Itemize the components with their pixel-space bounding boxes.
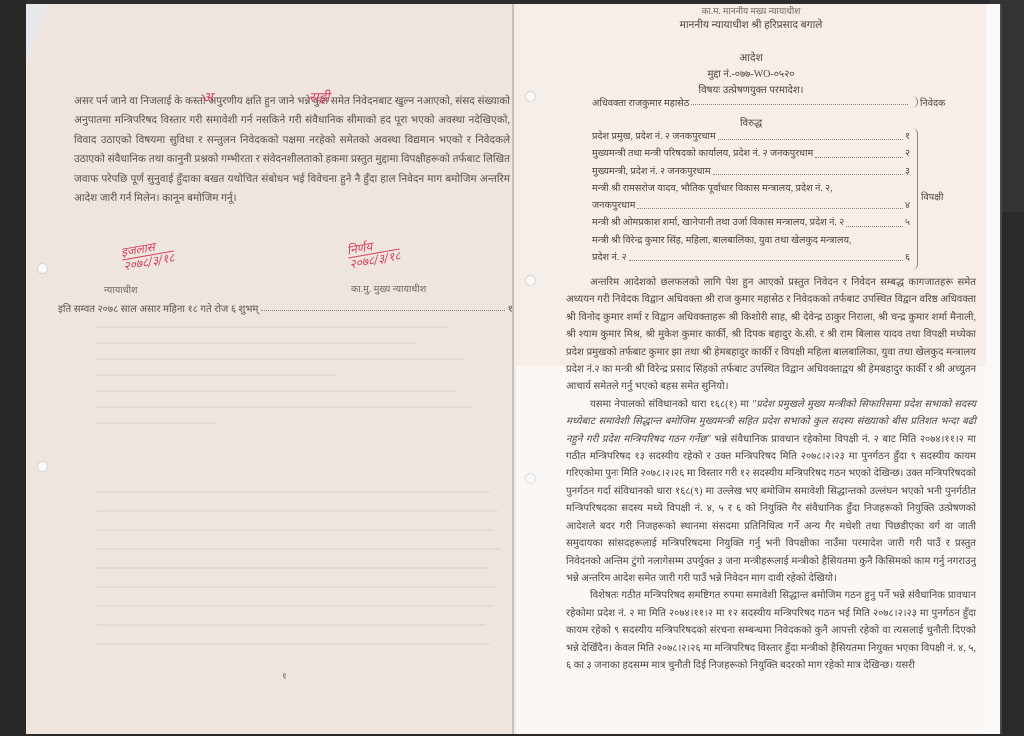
order-title: आदेश (516, 51, 986, 65)
versus-label: विरुद्ध (516, 115, 986, 129)
page-edge (512, 4, 514, 734)
brace (911, 96, 918, 108)
punch-hole (526, 474, 535, 483)
handwritten-stamp-left: इजलास २०७८/३/१८ (120, 238, 176, 274)
respondent-row: मन्त्री श्री रामसरोज यादव, भौतिक पूर्वाध… (592, 180, 910, 197)
respondent-row: जनकपुरधाम४ (592, 197, 910, 214)
respondent-row: प्रदेश प्रमुख, प्रदेश नं. २ जनकपुरधाम१ (592, 128, 910, 145)
respondent-row: प्रदेश नं. २६ (592, 249, 910, 266)
respondent-role: विपक्षी (921, 190, 943, 203)
scanned-page-left: असर पर्न जाने वा निजलाई के कस्तो अपुरणीय… (26, 4, 514, 734)
paragraph: विशेषतः गठीत मन्त्रिपरिषद समष्टिगत रुपमा… (566, 587, 976, 674)
respondent-row: मन्त्री श्री विरेन्द्र कुमार सिंह, महिला… (592, 232, 910, 249)
respondent-list: प्रदेश प्रमुख, प्रदेश नं. २ जनकपुरधाम१ म… (592, 128, 910, 266)
petitioner-role: निवेदक (920, 96, 945, 109)
respondent-row: मुख्यमन्त्री, प्रदेश नं. २ जनकपुरधाम३ (592, 163, 910, 180)
page-edge-strip (986, 4, 1000, 734)
case-subject: विषयः उत्प्रेषणयुक्त परमादेश। (516, 82, 986, 96)
handwritten-annotation: सही (309, 88, 330, 107)
petitioner-row: अधिवक्ता राजकुमार महासेठ (592, 96, 910, 109)
court-header: का.मु. माननीय मुख्य न्यायाधीश (516, 4, 986, 14)
dotted-leader (261, 301, 504, 311)
brace (911, 128, 918, 270)
page-number: १ (282, 669, 287, 682)
judge-name: माननीय न्यायाधीश श्री हरिप्रसाद बगाले (516, 18, 986, 32)
handwritten-annotation: अ (202, 88, 213, 107)
bleed-through-text (96, 312, 496, 438)
paragraph: अन्तरिम आदेशको छलफलको लागि पेश हुन आएको … (566, 274, 976, 396)
order-body-text: अन्तरिम आदेशको छलफलको लागि पेश हुन आएको … (566, 274, 976, 674)
order-body-text: असर पर्न जाने वा निजलाई के कस्तो अपुरणीय… (74, 92, 510, 208)
case-number: मुद्दा नं.-०७७-WO-०५२० (516, 66, 986, 80)
punch-hole (526, 92, 535, 101)
date-line-marker: १ (508, 301, 513, 315)
punch-hole (38, 462, 47, 471)
paragraph: यसमा नेपालको संविधानको धारा १६८(१) मा "प… (566, 396, 976, 587)
scanned-page-right: का.मु. माननीय मुख्य न्यायाधीश माननीय न्य… (516, 4, 1000, 734)
signatory-chief-justice: का.मु. मुख्य न्यायाधीश (351, 282, 426, 295)
document-viewer: असर पर्न जाने वा निजलाई के कस्तो अपुरणीय… (26, 4, 1002, 734)
petitioner-name: अधिवक्ता राजकुमार महासेठ (592, 96, 689, 109)
signatory-judge: न्यायाधीश (104, 283, 138, 296)
dotted-leader (691, 96, 908, 105)
folded-corner (26, 4, 48, 64)
respondent-row: मन्त्री श्री ओमप्रकाश शर्मा, खानेपानी तथ… (592, 214, 910, 231)
punch-hole (526, 276, 535, 285)
viewer-backdrop-left (0, 0, 26, 736)
respondent-row: मुख्यमन्त्री तथा मन्त्री परिषदको कार्याल… (592, 145, 910, 162)
bleed-through-text-lower (96, 474, 506, 662)
handwritten-stamp-right: निर्णय २०७८/३/१८ (346, 236, 402, 272)
punch-hole (38, 264, 47, 273)
